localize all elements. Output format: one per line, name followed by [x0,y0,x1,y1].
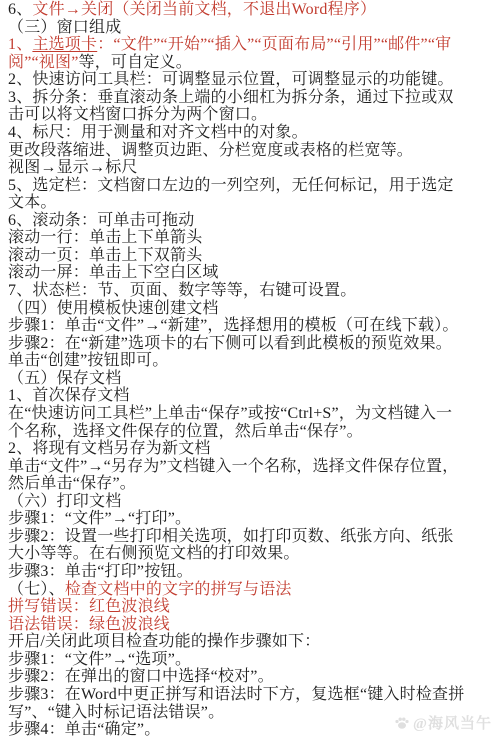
text-line: 6、滚动条：可单击可拖动 [8,212,500,230]
text-segment: 2、快速访问工具栏：可调整显示位置，可调整显示的功能键。 [8,71,454,88]
text-segment: 在“快速访问工具栏”上单击“保存”或按“Ctrl+S”，为文档键入一 [8,405,452,422]
text-segment: （四）使用模板快速创建文档 [8,300,219,317]
text-line: 击可以将文档窗口拆分为两个窗口。 [8,106,500,124]
text-segment: 滚动一页：单击上下双箭头 [8,247,202,264]
text-segment: （七）、 [8,581,65,598]
text-line: （七）、检查文档中的文字的拼写与语法 [8,581,500,599]
text-segment: 主选项卡 [32,36,97,53]
text-line: 7、状态栏：节、页面、数字等等，右键可设置。 [8,282,500,300]
text-segment: 写”、“键入时标记语法错误”。 [8,704,224,721]
text-segment: 1、 [8,36,32,53]
text-line: 开启/关闭此项目检查功能的操作步骤如下： [8,633,500,651]
text-segment: 7、状态栏：节、页面、数字等等，右键可设置。 [8,282,356,299]
text-line: 步骤2：设置一些打印相关选项，如打印页数、纸张方向、纸张 [8,528,500,546]
text-line: 1、主选项卡：“文件”“开始”“插入”“页面布局”“引用”“邮件”“审 [8,36,500,54]
text-segment: 单击“文件”→“另存为”文档键入一个名称，选择文件保存位置， [8,458,458,475]
text-segment: 步骤2：在“新建”选项卡的右下侧可以看到此模板的预览效果。 [8,335,452,352]
text-segment: 滚动一行：单击上下单箭头 [8,229,202,246]
text-line: 更改段落缩进、调整页边距、分栏宽度或表格的栏宽等。 [8,142,500,160]
text-segment: 文本。 [8,194,57,211]
text-segment: 步骤1：单击“文件”→“新建”，选择想用的模板（可在线下载）。 [8,317,459,334]
text-line: 5、选定栏：文档窗口左边的一列空列，无任何标记，用于选定 [8,177,500,195]
text-segment: 开启/关闭此项目检查功能的操作步骤如下： [8,633,320,650]
text-segment: （五）保存文档 [8,370,121,387]
text-segment: 更改段落缩进、调整页边距、分栏宽度或表格的栏宽等。 [8,142,413,159]
text-line: 1、首次保存文档 [8,387,500,405]
text-segment: ：“文件”“开始”“插入”“页面布局”“引用”“邮件”“审 [97,36,451,53]
text-line: （三）窗口组成 [8,19,500,37]
text-line: 步骤1：“文件”→“打印”。 [8,510,500,528]
text-segment: 步骤3：在Word中更正拼写和语法时下方，复选框“键入时检查拼 [8,686,464,703]
watermark-handle: @海风当午 [413,712,492,733]
text-line: 个名称，选择文件保存的位置，然后单击“保存”。 [8,423,500,441]
text-line: （六）打印文档 [8,493,500,511]
text-line: 单击“创建”按钮即可。 [8,352,500,370]
text-segment: 个名称，选择文件保存的位置，然后单击“保存”。 [8,423,363,440]
text-line: 视图→显示→标尺 [8,159,500,177]
text-line: 2、将现有文档另存为新文档 [8,440,500,458]
text-line: 滚动一行：单击上下单箭头 [8,229,500,247]
text-line: （五）保存文档 [8,370,500,388]
text-line: （四）使用模板快速创建文档 [8,300,500,318]
text-line: 滚动一屏：单击上下空白区域 [8,264,500,282]
text-segment: 6、滚动条：可单击可拖动 [8,212,194,229]
text-line: 步骤1：单击“文件”→“新建”，选择想用的模板（可在线下载）。 [8,317,500,335]
text-segment: 步骤1：“文件”→“选项”。 [8,651,191,668]
text-line: 步骤1：“文件”→“选项”。 [8,651,500,669]
text-segment: 视图→显示→标尺 [8,159,138,176]
text-line: 单击“文件”→“另存为”文档键入一个名称，选择文件保存位置， [8,458,500,476]
text-line: 步骤2：在弹出的窗口中选择“校对”。 [8,668,500,686]
text-line: 阅”“视图”等，可自定义。 [8,54,500,72]
text-segment: 语法错误：绿色波浪线 [8,616,170,633]
watermark: @海风当午 [394,712,492,733]
text-segment: 击可以将文档窗口拆分为两个窗口。 [8,106,267,123]
text-segment: 1、首次保存文档 [8,387,130,404]
text-line: 步骤2：在“新建”选项卡的右下侧可以看到此模板的预览效果。 [8,335,500,353]
text-segment: 文件→关闭（关闭当前文档，不退出Word程序） [32,1,376,18]
paw-icon [394,715,410,731]
text-segment: 大小等等。在右侧预览文档的打印效果。 [8,545,300,562]
text-segment: 拼写错误：红色波浪线 [8,598,170,615]
text-segment: 滚动一屏：单击上下空白区域 [8,264,219,281]
text-segment: 检查文档中的文字的拼写与语法 [65,581,292,598]
text-line: 文本。 [8,194,500,212]
text-line: 2、快速访问工具栏：可调整显示位置，可调整显示的功能键。 [8,71,500,89]
text-segment: 6、 [8,1,32,18]
text-line: 滚动一页：单击上下双箭头 [8,247,500,265]
text-line: 大小等等。在右侧预览文档的打印效果。 [8,545,500,563]
text-line: 步骤3：单击“打印”按钮。 [8,563,500,581]
text-line: 4、标尺：用于测量和对齐文档中的对象。 [8,124,500,142]
text-segment: 5、选定栏：文档窗口左边的一列空列，无任何标记，用于选定 [8,177,454,194]
text-segment: 步骤4：单击“确定”。 [8,721,160,738]
text-segment: 然后单击“保存”。 [8,475,136,492]
text-line: 步骤3：在Word中更正拼写和语法时下方，复选框“键入时检查拼 [8,686,500,704]
text-line: 语法错误：绿色波浪线 [8,616,500,634]
document-body: 6、文件→关闭（关闭当前文档，不退出Word程序）（三）窗口组成1、主选项卡：“… [0,0,500,739]
text-line: 然后单击“保存”。 [8,475,500,493]
text-line: 拼写错误：红色波浪线 [8,598,500,616]
text-segment: 2、将现有文档另存为新文档 [8,440,211,457]
text-segment: 步骤2：设置一些打印相关选项，如打印页数、纸张方向、纸张 [8,528,454,545]
text-segment: 阅”“视图” [8,54,79,71]
text-segment: 步骤2：在弹出的窗口中选择“校对”。 [8,668,274,685]
text-line: 在“快速访问工具栏”上单击“保存”或按“Ctrl+S”，为文档键入一 [8,405,500,423]
text-segment: （三）窗口组成 [8,19,121,36]
text-segment: （六）打印文档 [8,493,121,510]
text-segment: 步骤3：单击“打印”按钮。 [8,563,193,580]
document-page: 6、文件→关闭（关闭当前文档，不退出Word程序）（三）窗口组成1、主选项卡：“… [0,0,500,740]
text-segment: 3、拆分条：垂直滚动条上端的小细杠为拆分条，通过下拉或双 [8,89,454,106]
text-segment: 等，可自定义。 [79,54,192,71]
text-segment: 4、标尺：用于测量和对齐文档中的对象。 [8,124,308,141]
text-line: 6、文件→关闭（关闭当前文档，不退出Word程序） [8,1,500,19]
text-segment: 单击“创建”按钮即可。 [8,352,168,369]
text-line: 3、拆分条：垂直滚动条上端的小细杠为拆分条，通过下拉或双 [8,89,500,107]
text-segment: 步骤1：“文件”→“打印”。 [8,510,191,527]
